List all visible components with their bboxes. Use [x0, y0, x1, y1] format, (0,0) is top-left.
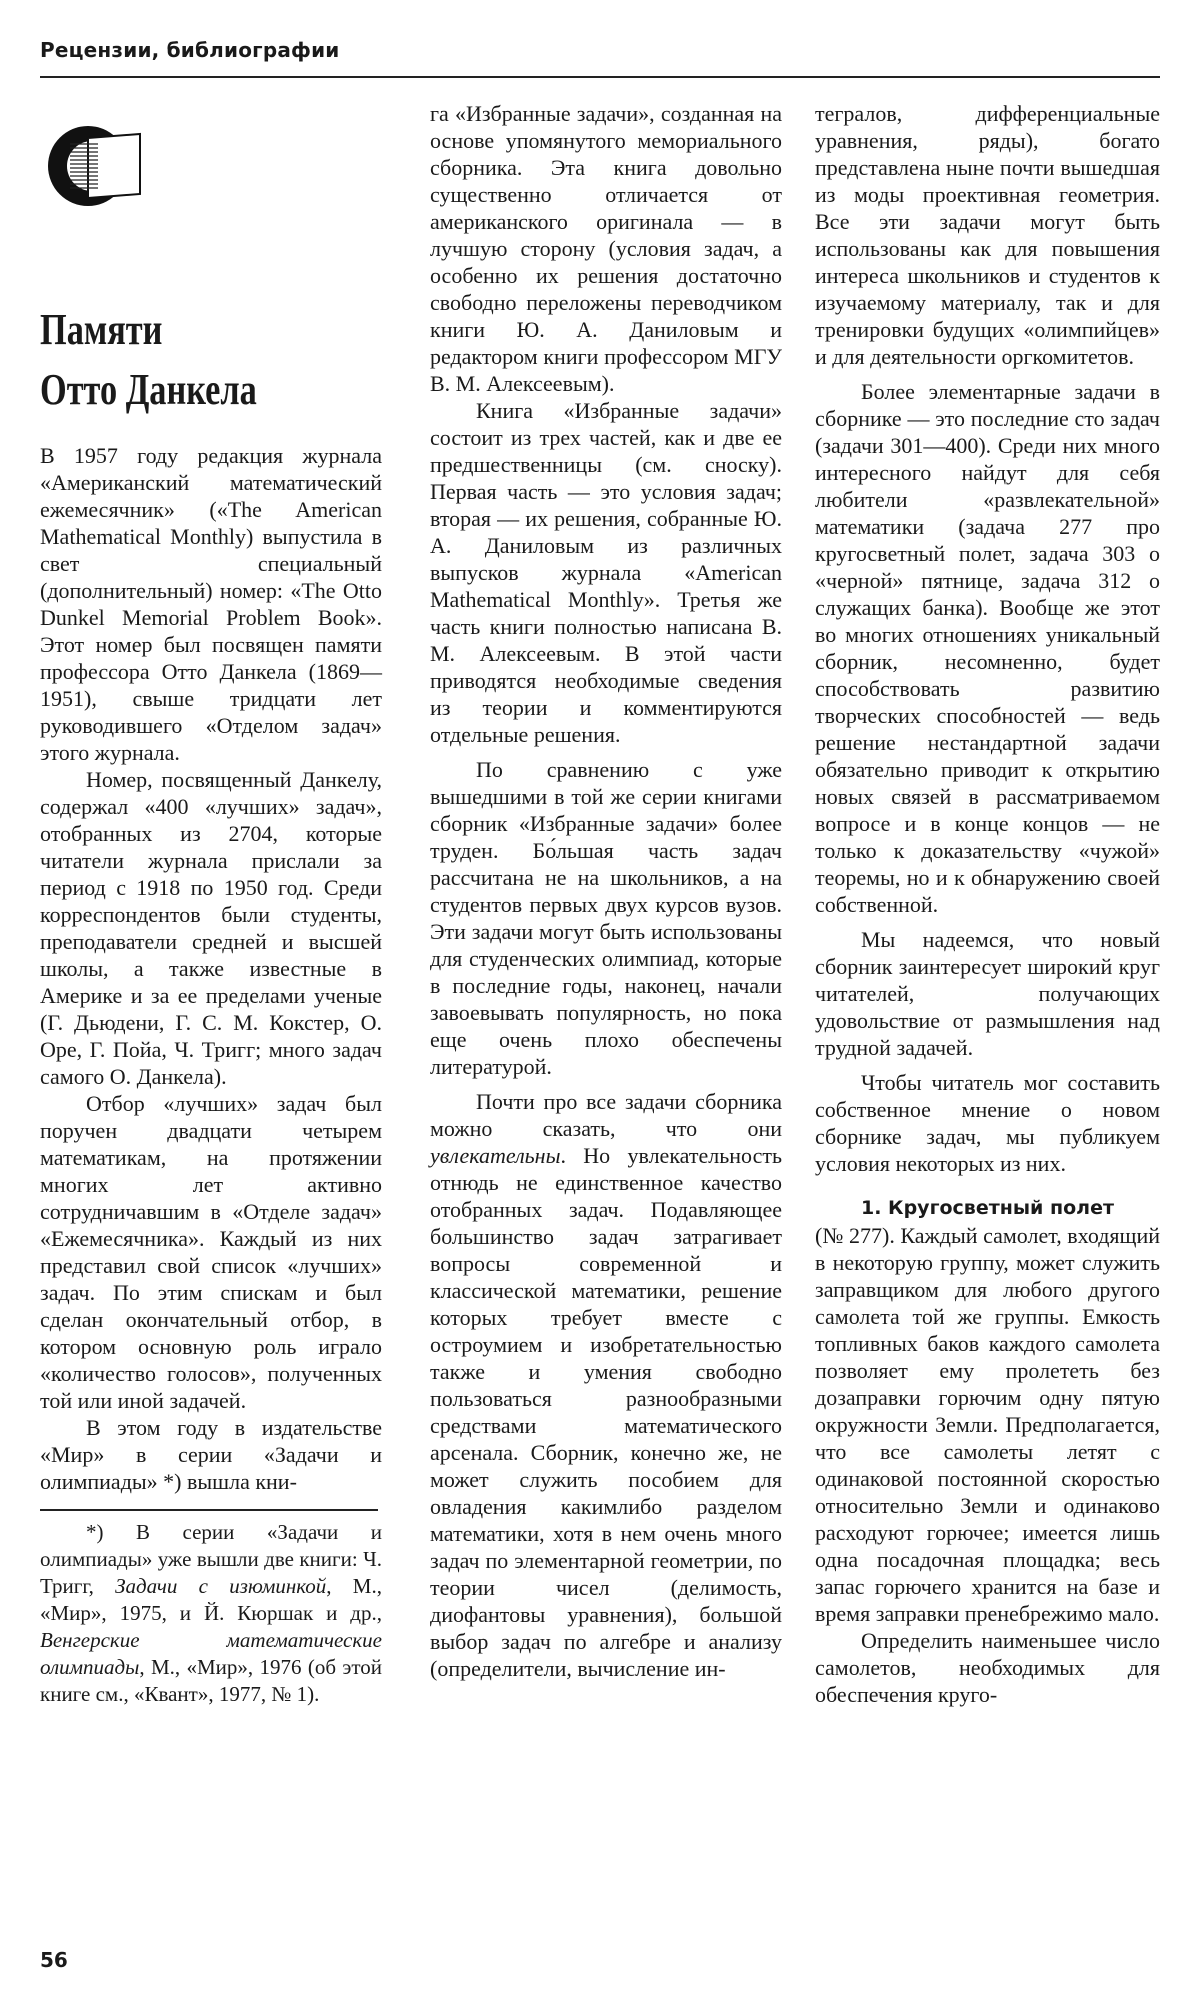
column-2: га «Избранные задачи», созданная на осно… [430, 100, 782, 1682]
paragraph: га «Избранные задачи», созданная на осно… [430, 100, 782, 397]
problem-title: 1. Кругосветный полет [861, 1197, 1114, 1219]
footnote-rule [40, 1509, 378, 1511]
section-emblem-icon [40, 108, 150, 218]
paragraph-text: . Но увлекательность отнюдь не единствен… [430, 1143, 782, 1681]
paragraph: Мы надеемся, что новый сборник заинтерес… [815, 926, 1160, 1061]
problem-heading: 1. Кругосветный полет [815, 1193, 1160, 1222]
paragraph: В этом году в издательстве «Мир» в серии… [40, 1414, 382, 1495]
footnote: *) В серии «Задачи и олимпиады» уже вышл… [40, 1519, 382, 1708]
column-1: В 1957 году редакция журнала «Американск… [40, 442, 382, 1708]
article-title: Памяти Отто Данкела [40, 300, 257, 420]
title-line-1: Памяти [40, 300, 257, 360]
section-label: Рецензии, библиографии [40, 38, 340, 62]
problem-statement: (№ 277). Каждый самолет, входящий в неко… [815, 1222, 1160, 1627]
paragraph: Почти про все задачи сборника можно сказ… [430, 1088, 782, 1682]
header-rule [40, 76, 1160, 78]
paragraph: Более элементарные задачи в сборнике — э… [815, 378, 1160, 918]
paragraph: тегралов, дифференциальные уравнения, ря… [815, 100, 1160, 370]
title-line-2: Отто Данкела [40, 360, 257, 420]
paragraph: Книга «Избранные задачи» состоит из трех… [430, 397, 782, 748]
paragraph: Отбор «лучших» задач был поручен двадцат… [40, 1090, 382, 1414]
emphasis: увлекательны [430, 1143, 561, 1168]
column-3: тегралов, дифференциальные уравнения, ря… [815, 100, 1160, 1708]
running-header: Рецензии, библиографии [40, 38, 1160, 62]
page-number: 56 [40, 1948, 68, 1972]
paragraph-text: Почти про все задачи сборника можно сказ… [430, 1089, 782, 1141]
paragraph: В 1957 году редакция журнала «Американск… [40, 442, 382, 766]
paragraph: Номер, посвященный Данкелу, содержал «40… [40, 766, 382, 1090]
footnote-book-title: Задачи с изюминкой [115, 1574, 326, 1598]
paragraph: По сравнению с уже вышедшими в той же се… [430, 756, 782, 1080]
paragraph: Чтобы читатель мог составить собственное… [815, 1069, 1160, 1177]
paragraph: Определить наименьшее число самолетов, н… [815, 1627, 1160, 1708]
